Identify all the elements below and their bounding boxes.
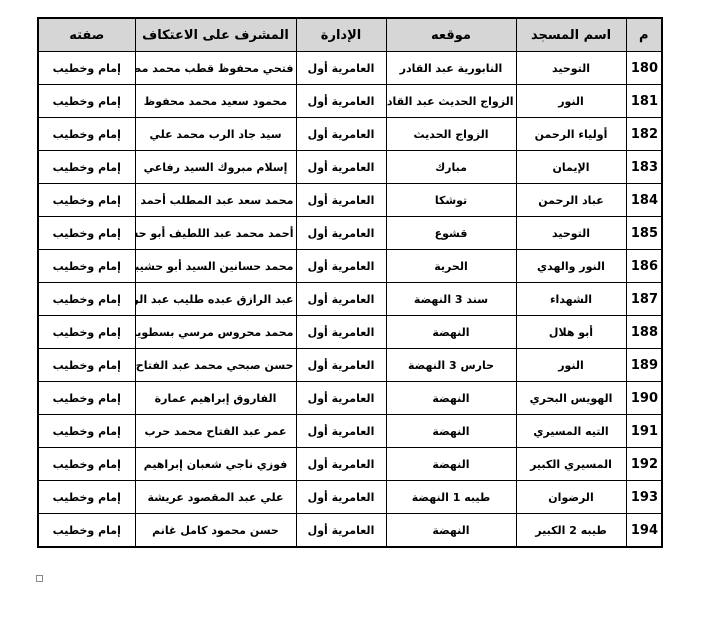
table-row: 187الشهداءسند 3 النهضةالعامرية أولعبد ال… xyxy=(38,283,662,316)
cell-admin: العامرية أول xyxy=(296,316,386,349)
cell-supervisor: حسن محمود كامل غانم xyxy=(135,514,296,548)
header-cell-mosque: اسم المسجد xyxy=(516,18,626,52)
header-cell-num: م xyxy=(626,18,662,52)
cell-supervisor: سيد جاد الرب محمد علي xyxy=(135,118,296,151)
cell-location: توشكا xyxy=(386,184,516,217)
cell-num: 191 xyxy=(626,415,662,448)
table-row: 181النورالزواج الحديث عبد القادرالعامرية… xyxy=(38,85,662,118)
cell-mosque: الشهداء xyxy=(516,283,626,316)
cell-num: 183 xyxy=(626,151,662,184)
cell-mosque: التيه المسيري xyxy=(516,415,626,448)
cell-supervisor: محمود سعيد محمد محفوظ xyxy=(135,85,296,118)
cell-role: إمام وخطيب xyxy=(38,448,135,481)
cell-mosque: الهويس البحري xyxy=(516,382,626,415)
cell-supervisor: عبد الرازق عبده طليب عبد الرازق xyxy=(135,283,296,316)
cell-mosque: طيبه 2 الكبير xyxy=(516,514,626,548)
table-row: 188أبو هلالالنهضةالعامرية أولمحمد محروس … xyxy=(38,316,662,349)
cell-supervisor: علي عبد المقصود عريشة xyxy=(135,481,296,514)
cell-admin: العامرية أول xyxy=(296,85,386,118)
cell-mosque: التوحيد xyxy=(516,217,626,250)
cell-role: إمام وخطيب xyxy=(38,382,135,415)
cell-admin: العامرية أول xyxy=(296,514,386,548)
cell-supervisor: فوزي ناجي شعبان إبراهيم xyxy=(135,448,296,481)
cell-mosque: النور xyxy=(516,85,626,118)
cell-role: إمام وخطيب xyxy=(38,349,135,382)
cell-location: الحرية xyxy=(386,250,516,283)
document-page: م اسم المسجد موقعه الإدارة المشرف على ال… xyxy=(0,0,702,640)
cell-role: إمام وخطيب xyxy=(38,217,135,250)
cell-admin: العامرية أول xyxy=(296,349,386,382)
cell-mosque: عباد الرحمن xyxy=(516,184,626,217)
cell-admin: العامرية أول xyxy=(296,52,386,85)
cell-num: 187 xyxy=(626,283,662,316)
cell-role: إمام وخطيب xyxy=(38,481,135,514)
cell-admin: العامرية أول xyxy=(296,217,386,250)
cell-num: 193 xyxy=(626,481,662,514)
cell-mosque: الرضوان xyxy=(516,481,626,514)
table-row: 184عباد الرحمنتوشكاالعامرية أولمحمد سعد … xyxy=(38,184,662,217)
cell-location: قشوع xyxy=(386,217,516,250)
table-row: 180التوحيدالنابورية عبد القادرالعامرية أ… xyxy=(38,52,662,85)
cell-supervisor: محمد سعد عبد المطلب أحمد البنا xyxy=(135,184,296,217)
cell-role: إمام وخطيب xyxy=(38,415,135,448)
header-cell-supervisor: المشرف على الاعتكاف xyxy=(135,18,296,52)
cell-location: مبارك xyxy=(386,151,516,184)
table-header: م اسم المسجد موقعه الإدارة المشرف على ال… xyxy=(38,18,662,52)
cell-location: حارس 3 النهضة xyxy=(386,349,516,382)
cell-supervisor: الفاروق إبراهيم عمارة xyxy=(135,382,296,415)
cell-admin: العامرية أول xyxy=(296,382,386,415)
cell-role: إمام وخطيب xyxy=(38,151,135,184)
mosques-table-container: م اسم المسجد موقعه الإدارة المشرف على ال… xyxy=(37,17,663,548)
table-row: 192المسيري الكبيرالنهضةالعامرية أولفوزي … xyxy=(38,448,662,481)
cell-num: 180 xyxy=(626,52,662,85)
cell-num: 192 xyxy=(626,448,662,481)
cell-supervisor: حسن صبحي محمد عبد الفتاح xyxy=(135,349,296,382)
cell-role: إمام وخطيب xyxy=(38,316,135,349)
cell-role: إمام وخطيب xyxy=(38,52,135,85)
cell-location: النهضة xyxy=(386,448,516,481)
cell-mosque: أولياء الرحمن xyxy=(516,118,626,151)
cell-mosque: التوحيد xyxy=(516,52,626,85)
cell-location: النهضة xyxy=(386,382,516,415)
cell-mosque: أبو هلال xyxy=(516,316,626,349)
cell-mosque: النور والهدي xyxy=(516,250,626,283)
table-body: 180التوحيدالنابورية عبد القادرالعامرية أ… xyxy=(38,52,662,548)
cell-supervisor: إسلام مبروك السيد رفاعي xyxy=(135,151,296,184)
cell-mosque: الإيمان xyxy=(516,151,626,184)
cell-admin: العامرية أول xyxy=(296,184,386,217)
table-row: 190الهويس البحريالنهضةالعامرية أولالفارو… xyxy=(38,382,662,415)
cell-mosque: المسيري الكبير xyxy=(516,448,626,481)
cell-num: 186 xyxy=(626,250,662,283)
cell-role: إمام وخطيب xyxy=(38,250,135,283)
cell-admin: العامرية أول xyxy=(296,415,386,448)
cell-num: 189 xyxy=(626,349,662,382)
cell-role: إمام وخطيب xyxy=(38,184,135,217)
cell-admin: العامرية أول xyxy=(296,448,386,481)
cell-mosque: النور xyxy=(516,349,626,382)
cell-num: 185 xyxy=(626,217,662,250)
table-row: 191التيه المسيريالنهضةالعامرية أولعمر عب… xyxy=(38,415,662,448)
cell-supervisor: محمد حسانين السيد أبو حشيبة xyxy=(135,250,296,283)
header-cell-admin: الإدارة xyxy=(296,18,386,52)
cell-admin: العامرية أول xyxy=(296,151,386,184)
cell-location: الزواج الحديث عبد القادر xyxy=(386,85,516,118)
cell-admin: العامرية أول xyxy=(296,481,386,514)
cell-location: النهضة xyxy=(386,415,516,448)
cell-location: النهضة xyxy=(386,514,516,548)
cell-role: إمام وخطيب xyxy=(38,85,135,118)
cell-location: الزواج الحديث xyxy=(386,118,516,151)
cell-location: النهضة xyxy=(386,316,516,349)
cell-num: 182 xyxy=(626,118,662,151)
table-row: 186النور والهديالحريةالعامرية أولمحمد حس… xyxy=(38,250,662,283)
header-row: م اسم المسجد موقعه الإدارة المشرف على ال… xyxy=(38,18,662,52)
cell-location: النابورية عبد القادر xyxy=(386,52,516,85)
table-row: 189النورحارس 3 النهضةالعامرية أولحسن صبح… xyxy=(38,349,662,382)
cell-admin: العامرية أول xyxy=(296,283,386,316)
cell-num: 188 xyxy=(626,316,662,349)
cell-admin: العامرية أول xyxy=(296,118,386,151)
cell-num: 184 xyxy=(626,184,662,217)
cell-supervisor: عمر عبد الفتاح محمد حرب xyxy=(135,415,296,448)
cell-supervisor: فتحي محفوظ قطب محمد مطاوع xyxy=(135,52,296,85)
table-row: 183الإيمانمباركالعامرية أولإسلام مبروك ا… xyxy=(38,151,662,184)
table-row: 193الرضوانطيبه 1 النهضةالعامرية أولعلي ع… xyxy=(38,481,662,514)
table-row: 185التوحيدقشوعالعامرية أولأحمد محمد عبد … xyxy=(38,217,662,250)
cell-location: طيبه 1 النهضة xyxy=(386,481,516,514)
cell-num: 194 xyxy=(626,514,662,548)
table-row: 194طيبه 2 الكبيرالنهضةالعامرية أولحسن مح… xyxy=(38,514,662,548)
cell-role: إمام وخطيب xyxy=(38,514,135,548)
cell-supervisor: محمد محروس مرسي بسطويسي xyxy=(135,316,296,349)
cell-num: 190 xyxy=(626,382,662,415)
mosques-table: م اسم المسجد موقعه الإدارة المشرف على ال… xyxy=(37,17,663,548)
cell-role: إمام وخطيب xyxy=(38,283,135,316)
table-row: 182أولياء الرحمنالزواج الحديثالعامرية أو… xyxy=(38,118,662,151)
cell-role: إمام وخطيب xyxy=(38,118,135,151)
header-cell-role: صفته xyxy=(38,18,135,52)
header-cell-location: موقعه xyxy=(386,18,516,52)
cell-admin: العامرية أول xyxy=(296,250,386,283)
cell-supervisor: أحمد محمد عبد اللطيف أبو حسن xyxy=(135,217,296,250)
cell-num: 181 xyxy=(626,85,662,118)
table-anchor-marker xyxy=(36,575,43,582)
cell-location: سند 3 النهضة xyxy=(386,283,516,316)
